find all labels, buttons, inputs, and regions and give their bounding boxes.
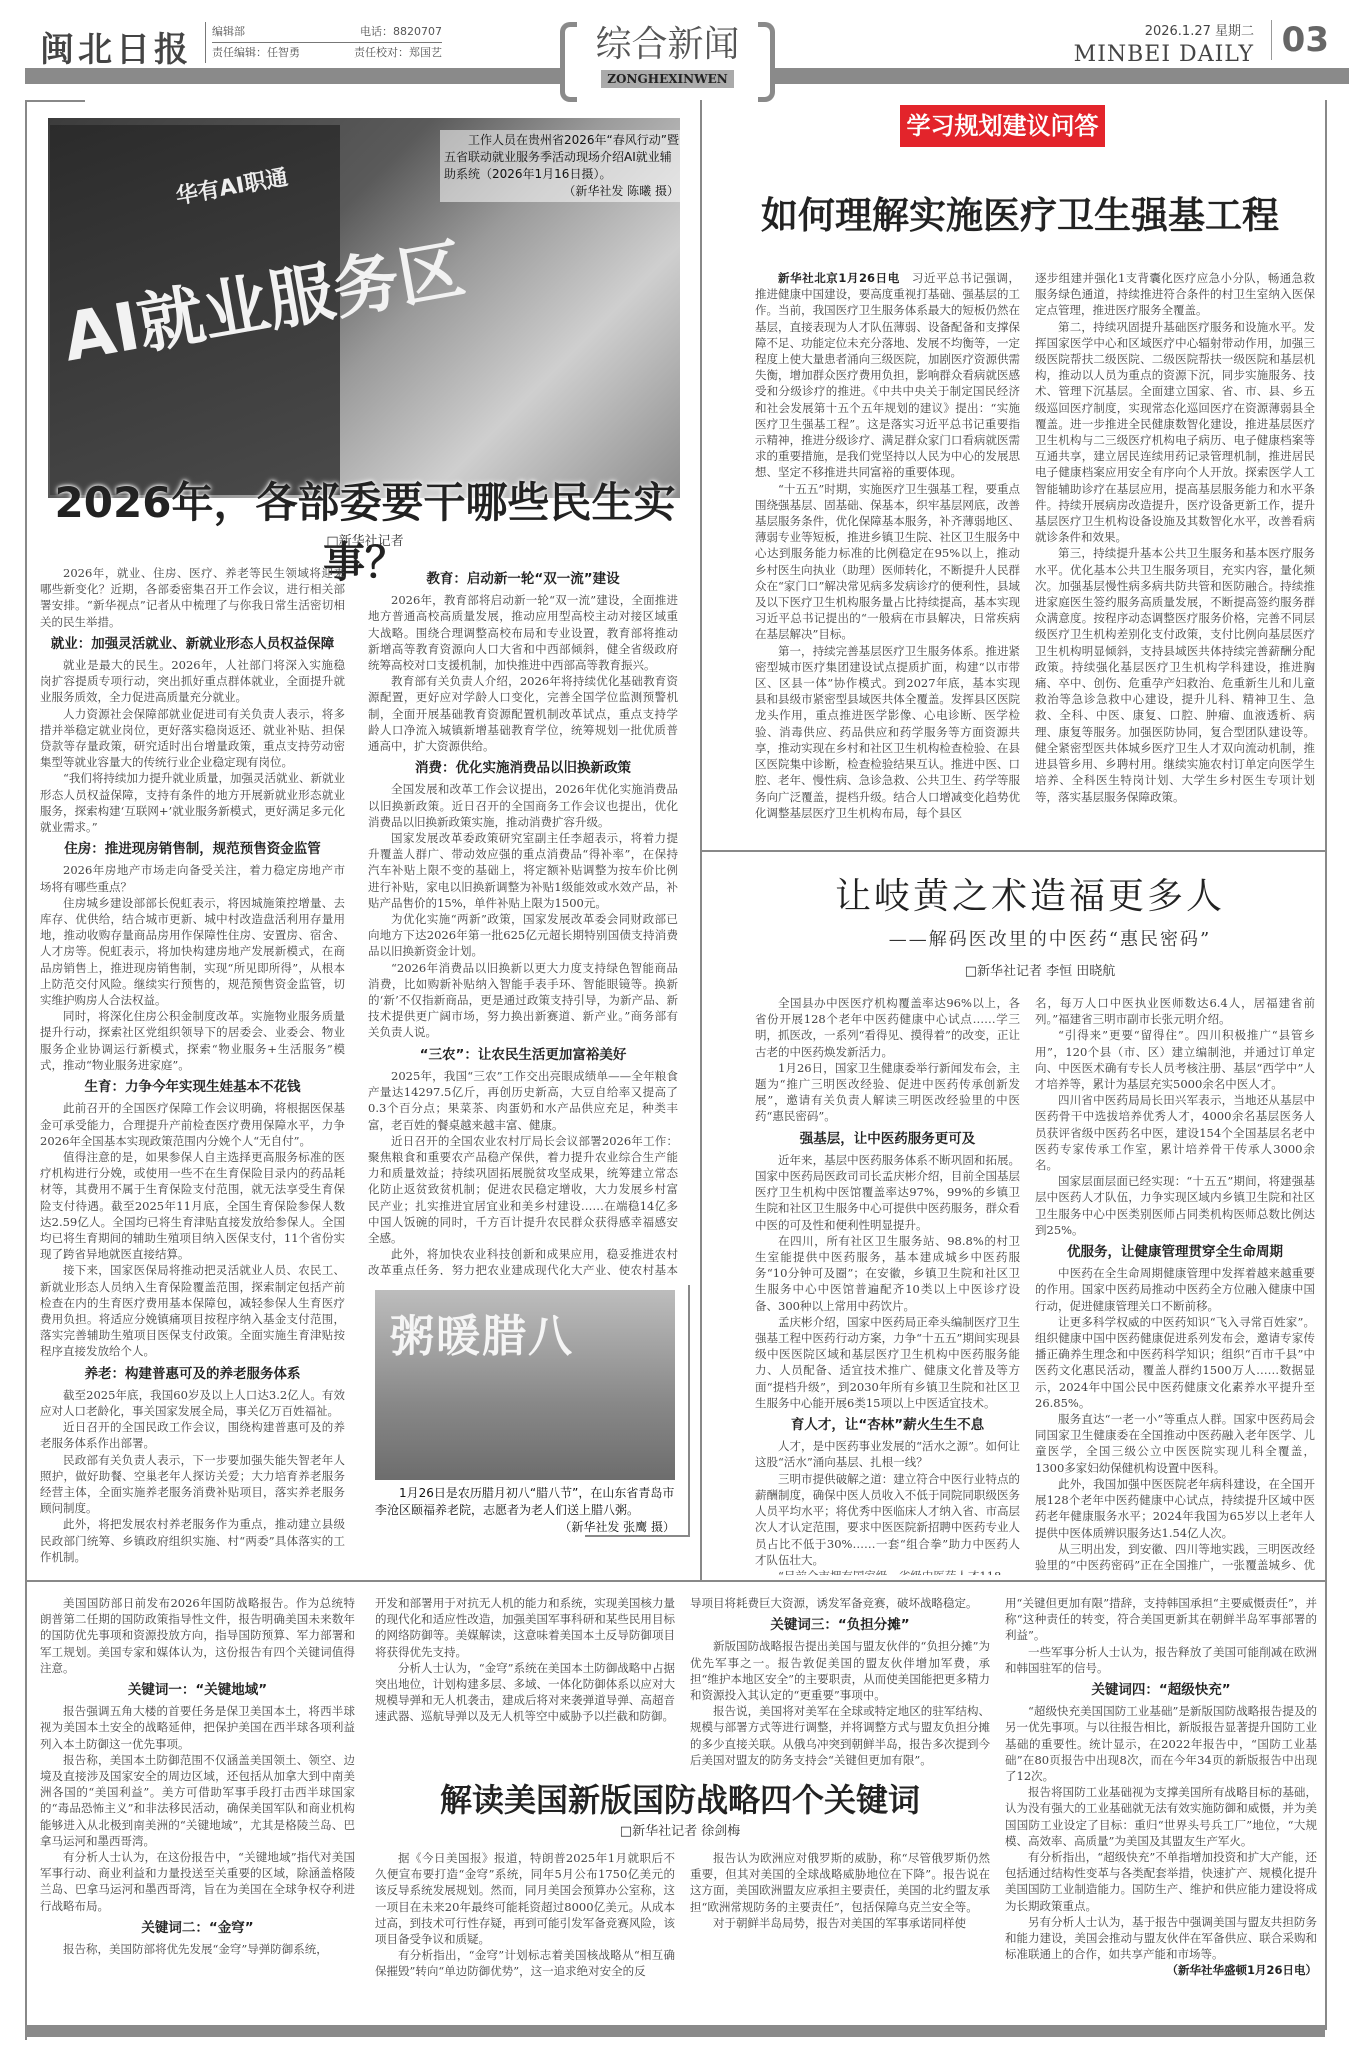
paragraph: 报告称，美国防部将优先发展“金穹”导弹防御系统， bbox=[40, 1941, 355, 1957]
photo-caption: 工作人员在贵州省2026年“春风行动”暨五省联动就业服务季活动现场介绍AI就业辅… bbox=[440, 130, 683, 202]
paragraph: 据《今日美国报》报道，特朗普2025年1月就职后不久便宣布要打造“金穹”系统，同… bbox=[375, 1850, 675, 1947]
article3-column-1: 全国县办中医医疗机构覆盖率达96%以上，各省份开展128个老年中医药健康中心试点… bbox=[755, 995, 1020, 1575]
article4-column-1: 美国国防部日前发布2026年国防战略报告。作为总统特朗普第二任期的国防政策指导性… bbox=[40, 1595, 355, 2025]
article1-byline: □新华社记者 bbox=[50, 530, 680, 549]
photo2-frame-right bbox=[688, 1285, 690, 1535]
paragraph: 第一，持续完善基层医疗卫生服务体系。推进紧密型城市医疗集团建设试点提质扩面，构建… bbox=[755, 643, 1020, 821]
paragraph: 近日召开的全国民政工作会议，围绕构建普惠可及的养老服务体系作出部署。 bbox=[40, 1419, 345, 1451]
paragraph: 2025年，我国“三农”工作交出亮眼成绩单——全年粮食产量达14297.5亿斤，… bbox=[368, 1068, 678, 1133]
paragraph: 逐步组建并强化1支背囊化医疗应急小分队，畅通急救服务绿色通道，持续推进符合条件的… bbox=[1035, 270, 1315, 319]
masthead-info: 编辑部 电话：8820707 责任编辑：任智勇 责任校对：郑国艺 bbox=[205, 22, 442, 63]
paragraph: 接下来，国家医保局将推动把灵活就业人员、农民工、新就业形态人员纳入生育保险覆盖范… bbox=[40, 1262, 345, 1359]
paragraph: 报告说，美国将对美军在全球或特定地区的驻军结构、规模与部署方式等进行调整，并将调… bbox=[690, 1703, 990, 1768]
paragraph: 截至2025年底，我国60岁及以上人口达3.2亿人。有效应对人口老龄化，事关国家… bbox=[40, 1387, 345, 1419]
paragraph: 人力资源社会保障部就业促进司有关负责人表示，将多措并举稳定就业岗位，更好落实稳岗… bbox=[40, 706, 345, 771]
article4-column-2a: 开发和部署用于对抗无人机的能力和系统，实现美国核力量的现代化和适应性改造，加强美… bbox=[375, 1595, 675, 1770]
paragraph: 近日召开的全国农业农村厅局长会议部署2026年工作：聚焦粮食和重要农产品稳产保供… bbox=[368, 1133, 678, 1246]
article-divider bbox=[700, 850, 1325, 852]
proofreader-label: 责任校对：郑国艺 bbox=[354, 43, 442, 63]
page-left-rule bbox=[25, 100, 27, 2040]
paragraph: “引得来”更要“留得住”。四川积极推广“县管乡用”，120个县（市、区）建立编制… bbox=[1035, 1027, 1315, 1092]
dept-label: 编辑部 bbox=[212, 22, 245, 42]
article4-column-3b: 报告认为欧洲应对俄罗斯的威胁，称“尽管俄罗斯仍然重要，但其对美国的全球战略威胁地… bbox=[690, 1850, 990, 2025]
article1-column-2: 教育：启动新一轮“双一流”建设2026年，教育部将启动新一轮“双一流”建设，全面… bbox=[368, 565, 678, 1275]
caption-text: 工作人员在贵州省2026年“春风行动”暨五省联动就业服务季活动现场介绍AI就业辅… bbox=[444, 132, 679, 183]
column-divider bbox=[700, 100, 702, 1580]
article1-column-1: 2026年，就业、住房、医疗、养老等民生领域将迎来哪些新变化？近期，各部委密集召… bbox=[40, 565, 345, 1575]
article4-column-3a: 导项目将耗费巨大资源，诱发军备竞赛，破坏战略稳定。关键词三：“负担分摊”新版国防… bbox=[690, 1595, 990, 1770]
paragraph: 报告称，美国本土防御范围不仅涵盖美国领土、领空、边境及直接涉及国家安全的周边区域… bbox=[40, 1752, 355, 1849]
article3-subheadline: ——解码医改里的中医药“惠民密码” bbox=[820, 925, 1280, 951]
newspaper-logo: 闽北日报 bbox=[40, 22, 192, 71]
paragraph: 服务直达“一老一小”等重点人群。国家中医药局会同国家卫生健康委在全国推动中医药融… bbox=[1035, 1411, 1315, 1476]
paragraph: 2026年房地产市场走向备受关注，着力稳定房地产市场将有哪些重点？ bbox=[40, 862, 345, 894]
frame-corner-top-left bbox=[25, 100, 85, 102]
paragraph: 值得注意的是，如果参保人自主选择更高服务标准的医疗机构进行分娩，或使用一些不在生… bbox=[40, 1149, 345, 1262]
paragraph: 孟庆彬介绍，国家中医药局正牵头编制医疗卫生强基工程中医药行动方案，力争“十五五”… bbox=[755, 1314, 1020, 1411]
article4-byline: □新华社记者 徐剑梅 bbox=[380, 1820, 980, 1839]
section-pinyin: ZONGHEXINWEN bbox=[601, 70, 733, 88]
paragraph: 对于朝鲜半岛局势，报告对美国的军事承诺同样使 bbox=[690, 1915, 990, 1931]
section-subheading: 住房：推进现房销售制，规范预售资金监管 bbox=[40, 841, 345, 857]
paragraph: 从三明出发，到安徽、四川等地实践，三明医改经验里的“中医药密码”正在全国推广，一… bbox=[1035, 1541, 1315, 1575]
paragraph: 新华社北京1月26日电 习近平总书记强调，推进健康中国建设，要高度重视打基础、强… bbox=[755, 270, 1020, 481]
paper-name-en: MINBEI DAILY bbox=[1074, 42, 1254, 67]
photo2-caption: 1月26日是农历腊月初八“腊八节”，在山东省青岛市李沧区颐福养老院，志愿者为老人… bbox=[375, 1485, 675, 1536]
phone-label: 电话：8820707 bbox=[360, 22, 442, 42]
paragraph: 有分析指出，“超级快充”不单指增加投资和扩大产能，还包括通过结构性变革与各类配套… bbox=[1005, 1849, 1317, 1914]
article3-byline: □新华社记者 李恒 田晓航 bbox=[820, 960, 1260, 979]
article4-column-4: 用“关键但更加有限”措辞，支持韩国承担“主要威慑责任”，并称“这种责任的转变，符… bbox=[1005, 1595, 1317, 2025]
paragraph: 三明市提供破解之道：建立符合中医行业特点的薪酬制度，确保中医人员收入不低于同院同… bbox=[755, 1471, 1020, 1568]
paragraph: 2026年，就业、住房、医疗、养老等民生领域将迎来哪些新变化？近期，各部委密集召… bbox=[40, 565, 345, 630]
paragraph: 新版国防战略报告提出美国与盟友伙伴的“负担分摊”为优先军事之一。报告敦促美国的盟… bbox=[690, 1638, 990, 1703]
page-number: 03 bbox=[1271, 20, 1329, 60]
paragraph: 美国国防部日前发布2026年国防战略报告。作为总统特朗普第二任期的国防政策指导性… bbox=[40, 1595, 355, 1676]
paragraph: 导项目将耗费巨大资源，诱发军备竞赛，破坏战略稳定。 bbox=[690, 1595, 990, 1611]
paragraph: 有分析人士认为，在这份报告中，“关键地域”指代对美国军事行动、商业利益和力量投送… bbox=[40, 1849, 355, 1914]
paragraph: 国家发展改革委政策研究室副主任李超表示，将着力提升覆盖人群广、带动效应强的重点消… bbox=[368, 830, 678, 911]
paragraph: “超级快充美国国防工业基础”是新版国防战略报告提及的另一优先事项。与以往报告相比… bbox=[1005, 1703, 1317, 1784]
column-tag: 学习规划建议问答 bbox=[900, 105, 1105, 147]
section-subheading: “三农”：让农民生活更加富裕美好 bbox=[368, 1047, 678, 1063]
paragraph: 人才，是中医药事业发展的“活水之源”。如何让这股“活水”涌向基层、扎根一线？ bbox=[755, 1438, 1020, 1470]
section-subheading: 关键词三：“负担分摊” bbox=[690, 1617, 990, 1633]
section-subheading: 强基层，让中医药服务更可及 bbox=[755, 1131, 1020, 1147]
paragraph: 开发和部署用于对抗无人机的能力和系统，实现美国核力量的现代化和适应性改造，加强美… bbox=[375, 1595, 675, 1660]
paragraph: 另有分析人士认为，基于报告中强调美国与盟友共担防务和能力建设，美国会推动与盟友伙… bbox=[1005, 1914, 1317, 1963]
paragraph: “我们将持续加力提升就业质量，加强灵活就业、新就业形态人员权益保障，支持有条件的… bbox=[40, 770, 345, 835]
dateline: 新华社北京1月26日电 bbox=[778, 271, 912, 285]
paragraph: 在四川，所有社区卫生服务站、98.8%的村卫生室能提供中医药服务，基本建成城乡中… bbox=[755, 1233, 1020, 1314]
paragraph: 近年来，基层中医药服务体系不断巩固和拓展。国家中医药局医政司司长孟庆彬介绍，目前… bbox=[755, 1152, 1020, 1233]
paragraph: 四川省中医药局局长田兴军表示，当地还从基层中医药骨干中选拔培养优秀人才，4000… bbox=[1035, 1092, 1315, 1173]
paragraph: 全国发展和改革工作会议提出，2026年优化实施消费品以旧换新政策。近日召开的全国… bbox=[368, 781, 678, 830]
paragraph: 1月26日，国家卫生健康委举行新闻发布会，主题为“推广三明医改经验、促进中医药传… bbox=[755, 1060, 1020, 1125]
paragraph: 中医药在全生命周期健康管理中发挥着越来越重要的作用。国家中医药局推动中医药全方位… bbox=[1035, 1265, 1315, 1314]
paragraph: 为优化实施“两新”政策，国家发展改革委会同财政部已向地方下达2026年第一批62… bbox=[368, 911, 678, 960]
paragraph: 用“关键但更加有限”措辞，支持韩国承担“主要威慑责任”，并称“这种责任的转变，符… bbox=[1005, 1595, 1317, 1644]
article4-column-2b: 据《今日美国报》报道，特朗普2025年1月就职后不久便宣布要打造“金穹”系统，同… bbox=[375, 1850, 675, 2025]
page-right-rule bbox=[1325, 100, 1327, 1580]
paragraph: “目前全市拥有国家级、省级中医药人才118 bbox=[755, 1568, 1020, 1575]
paragraph: 分析人士认为，“金穹”系统在美国本土防御战略中占据突出地位，计划构建多层、多域、… bbox=[375, 1660, 675, 1725]
paragraph: 此外，将把发展农村养老服务作为重点，推动建立县级民政部门统筹、乡镇政府组织实施、… bbox=[40, 1516, 345, 1565]
paragraph: 就业是最大的民生。2026年，人社部门将深入实施稳岗扩容提质专项行动，突出抓好重… bbox=[40, 657, 345, 706]
caption-text: 1月26日是农历腊月初八“腊八节”，在山东省青岛市李沧区颐福养老院，志愿者为老人… bbox=[375, 1485, 675, 1519]
paragraph: 全国县办中医医疗机构覆盖率达96%以上，各省份开展128个老年中医药健康中心试点… bbox=[755, 995, 1020, 1060]
article-signoff: （新华社华盛顿1月26日电） bbox=[1005, 1962, 1317, 1978]
section-subheading: 优服务，让健康管理贯穿全生命周期 bbox=[1035, 1244, 1315, 1260]
paragraph: 第三，持续提升基本公共卫生服务和基本医疗服务水平。优化基本公共卫生服务项目，充实… bbox=[1035, 545, 1315, 804]
paragraph: 此外，将加快农业科技创新和成果应用，稳妥推进农村改革重点任务，努力把农业建成现代… bbox=[368, 1246, 678, 1275]
section-subheading: 育人才，让“杏林”薪火生生不息 bbox=[755, 1417, 1020, 1433]
paragraph: “2026年消费品以旧换新以更大力度支持绿色智能商品消费，比如购新补贴纳入智能手… bbox=[368, 960, 678, 1041]
paragraph: 第二，持续巩固提升基础医疗服务和设施水平。发挥国家医学中心和区域医疗中心辐射带动… bbox=[1035, 319, 1315, 546]
paragraph: 报告将国防工业基础视为支撑美国所有战略目标的基础，认为没有强大的工业基础就无法有… bbox=[1005, 1784, 1317, 1849]
photo2-sign-text: 粥暖腊八 bbox=[390, 1300, 574, 1364]
caption-credit: （新华社发 张鹰 摄） bbox=[375, 1519, 675, 1536]
paragraph: 此外，我国加强中医医院老年病科建设，在全国开展128个老年中医药健康中心试点，持… bbox=[1035, 1476, 1315, 1541]
paragraph: 报告强调五角大楼的首要任务是保卫美国本土，将西半球视为美国本土安全的战略延伸，把… bbox=[40, 1703, 355, 1752]
article4-headline: 解读美国新版国防战略四个关键词 bbox=[380, 1775, 980, 1821]
section-subheading: 教育：启动新一轮“双一流”建设 bbox=[368, 571, 678, 587]
footer-band bbox=[25, 2025, 1325, 2037]
paragraph: 此前召开的全国医疗保障工作会议明确，将根据医保基金可承受能力，合理提升产前检查医… bbox=[40, 1100, 345, 1149]
paragraph: 一些军事分析人士认为，报告释放了美国可能削减在欧洲和韩国驻军的信号。 bbox=[1005, 1644, 1317, 1676]
section-subheading: 关键词四：“超级快充” bbox=[1005, 1682, 1317, 1698]
paragraph: 民政部有关负责人表示，下一步要加强失能失智老年人照护，做好助餐、空巢老年人探访关… bbox=[40, 1452, 345, 1517]
section-subheading: 消费：优化实施消费品以旧换新政策 bbox=[368, 760, 678, 776]
right-bracket-decoration bbox=[758, 22, 775, 102]
paragraph: 2026年，教育部将启动新一轮“双一流”建设，全面推进地方普通高校高质量发展，推… bbox=[368, 592, 678, 673]
article3-column-2: 名，每万人口中医执业医师数达6.4人，居福建省前列。”福建省三明市副市长张元明介… bbox=[1035, 995, 1315, 1575]
section-subheading: 关键词一：“关键地域” bbox=[40, 1682, 355, 1698]
lower-right-rule bbox=[1325, 1580, 1327, 2030]
section-title: 综合新闻 bbox=[560, 22, 775, 68]
issue-date: 2026.1.27 星期二 bbox=[1145, 20, 1254, 39]
paragraph: 国家层面层面已经实现：“十五五”期间，将建强基层中医药人才队伍，力争实现区域内乡… bbox=[1035, 1173, 1315, 1238]
paragraph: 教育部有关负责人介绍，2026年将持续优化基础教育资源配置，更好应对学龄人口变化… bbox=[368, 673, 678, 754]
section-header: 综合新闻 ZONGHEXINWEN bbox=[560, 22, 775, 92]
paragraph: 让更多科学权威的中医药知识“飞入寻常百姓家”。组织健康中国中医药健康促进系列发布… bbox=[1035, 1314, 1315, 1411]
paragraph: 名，每万人口中医执业医师数达6.4人，居福建省前列。”福建省三明市副市长张元明介… bbox=[1035, 995, 1315, 1027]
paragraph: 有分析指出，“金穹”计划标志着美国核战略从“相互确保摧毁”转向“单边防御优势”，… bbox=[375, 1947, 675, 1979]
paragraph: 报告认为欧洲应对俄罗斯的威胁，称“尽管俄罗斯仍然重要，但其对美国的全球战略威胁地… bbox=[690, 1850, 990, 1915]
photo2-frame-bottom bbox=[585, 1535, 690, 1537]
section-subheading: 就业：加强灵活就业、新就业形态人员权益保障 bbox=[40, 636, 345, 652]
paragraph: 同时，将深化住房公积金制度改革。实施物业服务质量提升行动，探索社区党组织领导下的… bbox=[40, 1008, 345, 1073]
caption-credit: （新华社发 陈曦 摄） bbox=[444, 183, 679, 200]
left-bracket-decoration bbox=[560, 22, 577, 102]
article2-headline: 如何理解实施医疗卫生强基工程 bbox=[720, 185, 1320, 239]
section-subheading: 养老：构建普惠可及的养老服务体系 bbox=[40, 1366, 345, 1382]
article2-column-1: 新华社北京1月26日电 习近平总书记强调，推进健康中国建设，要高度重视打基础、强… bbox=[755, 270, 1020, 840]
article2-column-2: 逐步组建并强化1支背囊化医疗应急小分队，畅通急救服务绿色通道，持续推进符合条件的… bbox=[1035, 270, 1315, 840]
section-subheading: 关键词二：“金穹” bbox=[40, 1920, 355, 1936]
paragraph: “十五五”时期，实施医疗卫生强基工程，要重点围绕强基层、固基础、保基本，织牢基层… bbox=[755, 481, 1020, 643]
lower-section-divider bbox=[25, 1580, 1325, 1582]
section-subheading: 生育：力争今年实现生娃基本不花钱 bbox=[40, 1079, 345, 1095]
editor-label: 责任编辑：任智勇 bbox=[212, 43, 300, 63]
paragraph: 住房城乡建设部部长倪虹表示，将因城施策控增量、去库存、优供给，结合城市更新、城中… bbox=[40, 895, 345, 1008]
article3-headline: 让岐黄之术造福更多人 bbox=[800, 868, 1260, 919]
